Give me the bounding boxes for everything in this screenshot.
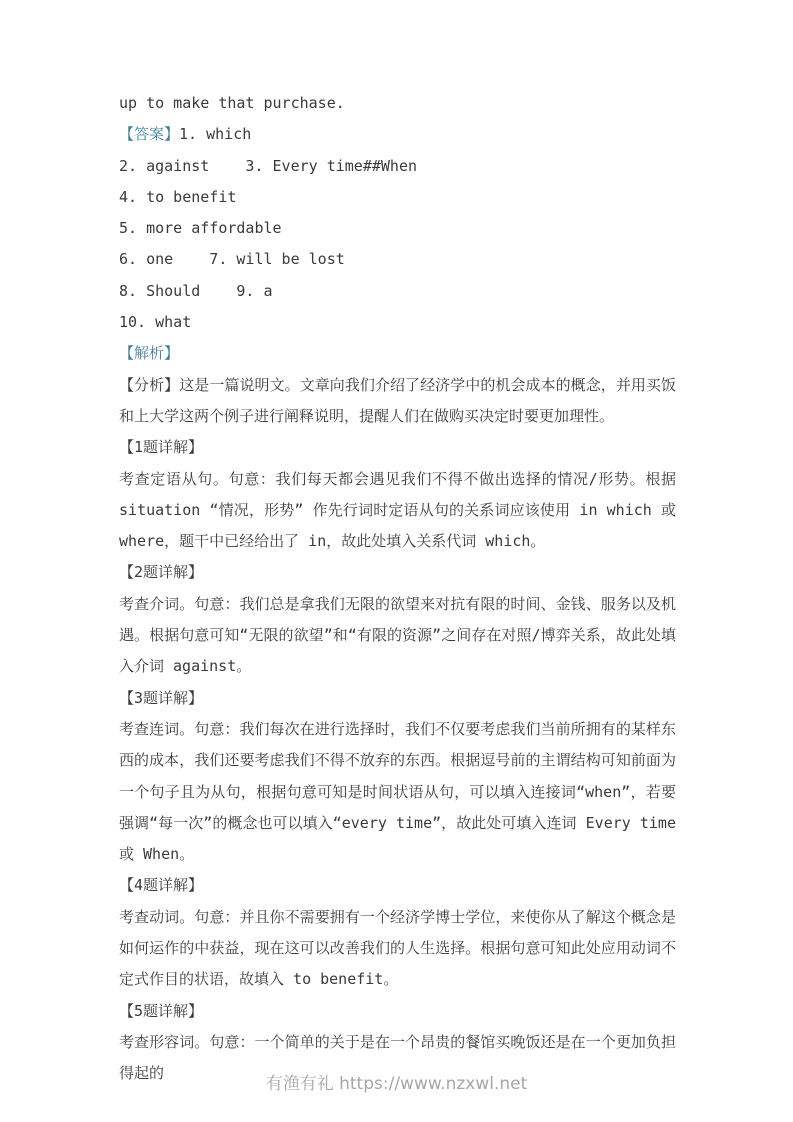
section-text: 考查连词。句意：我们每次在进行选择时，我们不仅要考虑我们当前所拥有的某样东西的成… bbox=[119, 714, 676, 870]
explanation-section: 【4题详解】 考查动词。句意：并且你不需要拥有一个经济学博士学位，来使你从了解这… bbox=[119, 870, 676, 995]
document-page: up to make that purchase. 【答案】1. which 2… bbox=[0, 0, 793, 1090]
analysis-label: 【解析】 bbox=[119, 338, 676, 369]
answer-line: 4. to benefit bbox=[119, 182, 676, 213]
overview-label: 【分析】 bbox=[119, 376, 179, 394]
answer-label: 【答案】 bbox=[119, 125, 179, 143]
answer-line: 5. more affordable bbox=[119, 213, 676, 244]
section-text: 考查介词。句意：我们总是拿我们无限的欲望来对抗有限的时间、金钱、服务以及机遇。根… bbox=[119, 589, 676, 683]
answer-first-item: 1. which bbox=[179, 125, 251, 143]
overview-paragraph: 【分析】这是一篇说明文。文章向我们介绍了经济学中的机会成本的概念，并用买饭和上大… bbox=[119, 370, 676, 433]
explanation-sections: 【1题详解】 考查定语从句。句意：我们每天都会遇见我们不得不做出选择的情况/形势… bbox=[119, 432, 676, 1089]
section-heading: 【3题详解】 bbox=[119, 683, 676, 714]
watermark-footer: 有渔有礼 https://www.nzxwl.net bbox=[0, 1069, 793, 1094]
explanation-section: 【2题详解】 考查介词。句意：我们总是拿我们无限的欲望来对抗有限的时间、金钱、服… bbox=[119, 557, 676, 682]
leading-text-line: up to make that purchase. bbox=[119, 88, 676, 119]
section-text: 考查动词。句意：并且你不需要拥有一个经济学博士学位，来使你从了解这个概念是如何运… bbox=[119, 902, 676, 996]
answer-line: 2. against 3. Every time##When bbox=[119, 151, 676, 182]
answer-lines: 2. against 3. Every time##When4. to bene… bbox=[119, 151, 676, 339]
section-heading: 【2题详解】 bbox=[119, 557, 676, 588]
section-heading: 【5题详解】 bbox=[119, 996, 676, 1027]
answer-line: 6. one 7. will be lost bbox=[119, 244, 676, 275]
answer-line: 8. Should 9. a bbox=[119, 276, 676, 307]
answer-header-line: 【答案】1. which bbox=[119, 119, 676, 150]
overview-text: 这是一篇说明文。文章向我们介绍了经济学中的机会成本的概念，并用买饭和上大学这两个… bbox=[119, 376, 676, 425]
answer-line: 10. what bbox=[119, 307, 676, 338]
section-heading: 【4题详解】 bbox=[119, 870, 676, 901]
explanation-section: 【1题详解】 考查定语从句。句意：我们每天都会遇见我们不得不做出选择的情况/形势… bbox=[119, 432, 676, 557]
section-text: 考查定语从句。句意：我们每天都会遇见我们不得不做出选择的情况/形势。根据 sit… bbox=[119, 464, 676, 558]
explanation-section: 【3题详解】 考查连词。句意：我们每次在进行选择时，我们不仅要考虑我们当前所拥有… bbox=[119, 683, 676, 871]
section-heading: 【1题详解】 bbox=[119, 432, 676, 463]
